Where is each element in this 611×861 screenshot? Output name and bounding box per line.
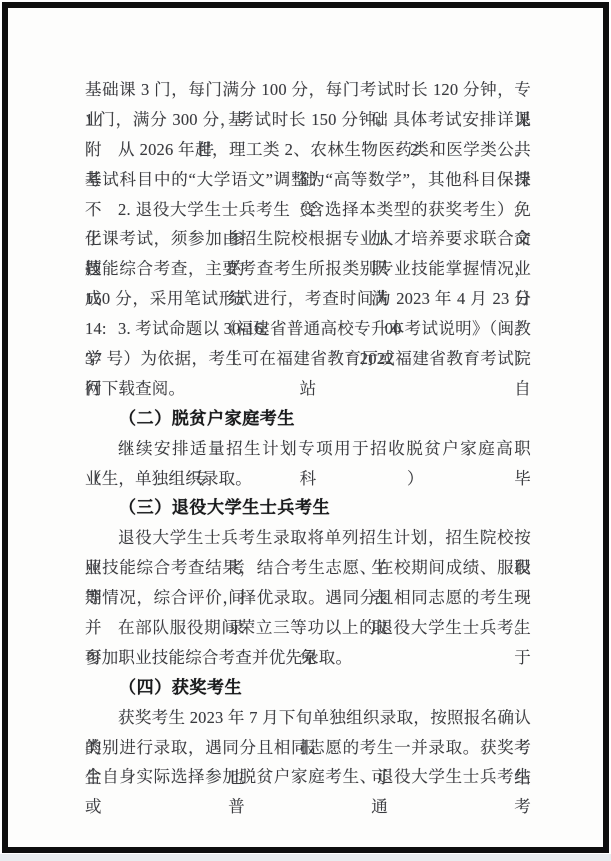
scanned-document-page: 基础课 3 门，每门满分 100 分，每门考试时长 120 分钟，专业基础课1 … <box>0 0 611 861</box>
text-line: 1 门，满分 300 分，考试时长 150 分钟。具体考试安排详见附件 2。 <box>85 105 531 135</box>
text-line: 化课考试，须参加由招生院校根据专业人才培养要求联合命题的职业 <box>85 224 531 254</box>
text-line: 考试科目中的“大学语文”调整为“高等数学”，其他科目保持不变。 <box>85 165 531 195</box>
scan-edge <box>0 854 611 861</box>
text-line: 退役大学生士兵考生录取将单列招生计划，招生院校按照考生职 <box>85 523 531 553</box>
text-line: 在部队服役期间荣立三等功以上的退役大学生士兵考生可免于 <box>85 613 531 643</box>
section-heading: （四）获奖考生 <box>85 673 531 703</box>
text-line: 类别进行录取，遇同分且相同志愿的考生一并录取。获奖考生也可结 <box>85 733 531 763</box>
section-heading: （二）脱贫户家庭考生 <box>85 404 531 434</box>
text-line: 150 分，采用笔试形式进行，考查时间为 2023 年 4 月 23 日 14:… <box>85 284 531 314</box>
text-line: 业技能综合考查结果，结合考生志愿、在校期间成绩、服役期间表现 <box>85 553 531 583</box>
text-line: 3. 考试命题以《福建省普通高校专升本考试说明》（闽教学〔2022〕 <box>85 314 531 344</box>
text-line: 37 号）为依据，考生可在福建省教育厅或福建省教育考试院网站自 <box>85 344 531 374</box>
text-line: 等情况，综合评价，择优录取。遇同分且相同志愿的考生一并录取。 <box>85 583 531 613</box>
text-line: 继续安排适量招生计划专项用于招收脱贫户家庭高职（专科）毕 <box>85 434 531 464</box>
section-heading: （三）退役大学生士兵考生 <box>85 493 531 523</box>
document-text: 基础课 3 门，每门满分 100 分，每门考试时长 120 分钟，专业基础课1 … <box>85 75 531 792</box>
text-line: 获奖考生 2023 年 7 月下旬单独组织录取，按照报名确认的报考 <box>85 703 531 733</box>
text-line: 基础课 3 门，每门满分 100 分，每门考试时长 120 分钟，专业基础课 <box>85 75 531 105</box>
text-line: 2. 退役大学生士兵考生（含选择本类型的获奖考生）免于参加文 <box>85 195 531 225</box>
page-border-frame: 基础课 3 门，每门满分 100 分，每门考试时长 120 分钟，专业基础课1 … <box>2 2 609 853</box>
text-line: 技能综合考查，主要考查考生所报类别专业技能掌握情况，成绩满分 <box>85 254 531 284</box>
text-line: 合自身实际选择参加脱贫户家庭考生、退役大学生士兵考生或普通考 <box>85 762 531 792</box>
text-line: 从 2026 年起，理工类 2、农林生物医药类和医学类公共基础课 <box>85 135 531 165</box>
